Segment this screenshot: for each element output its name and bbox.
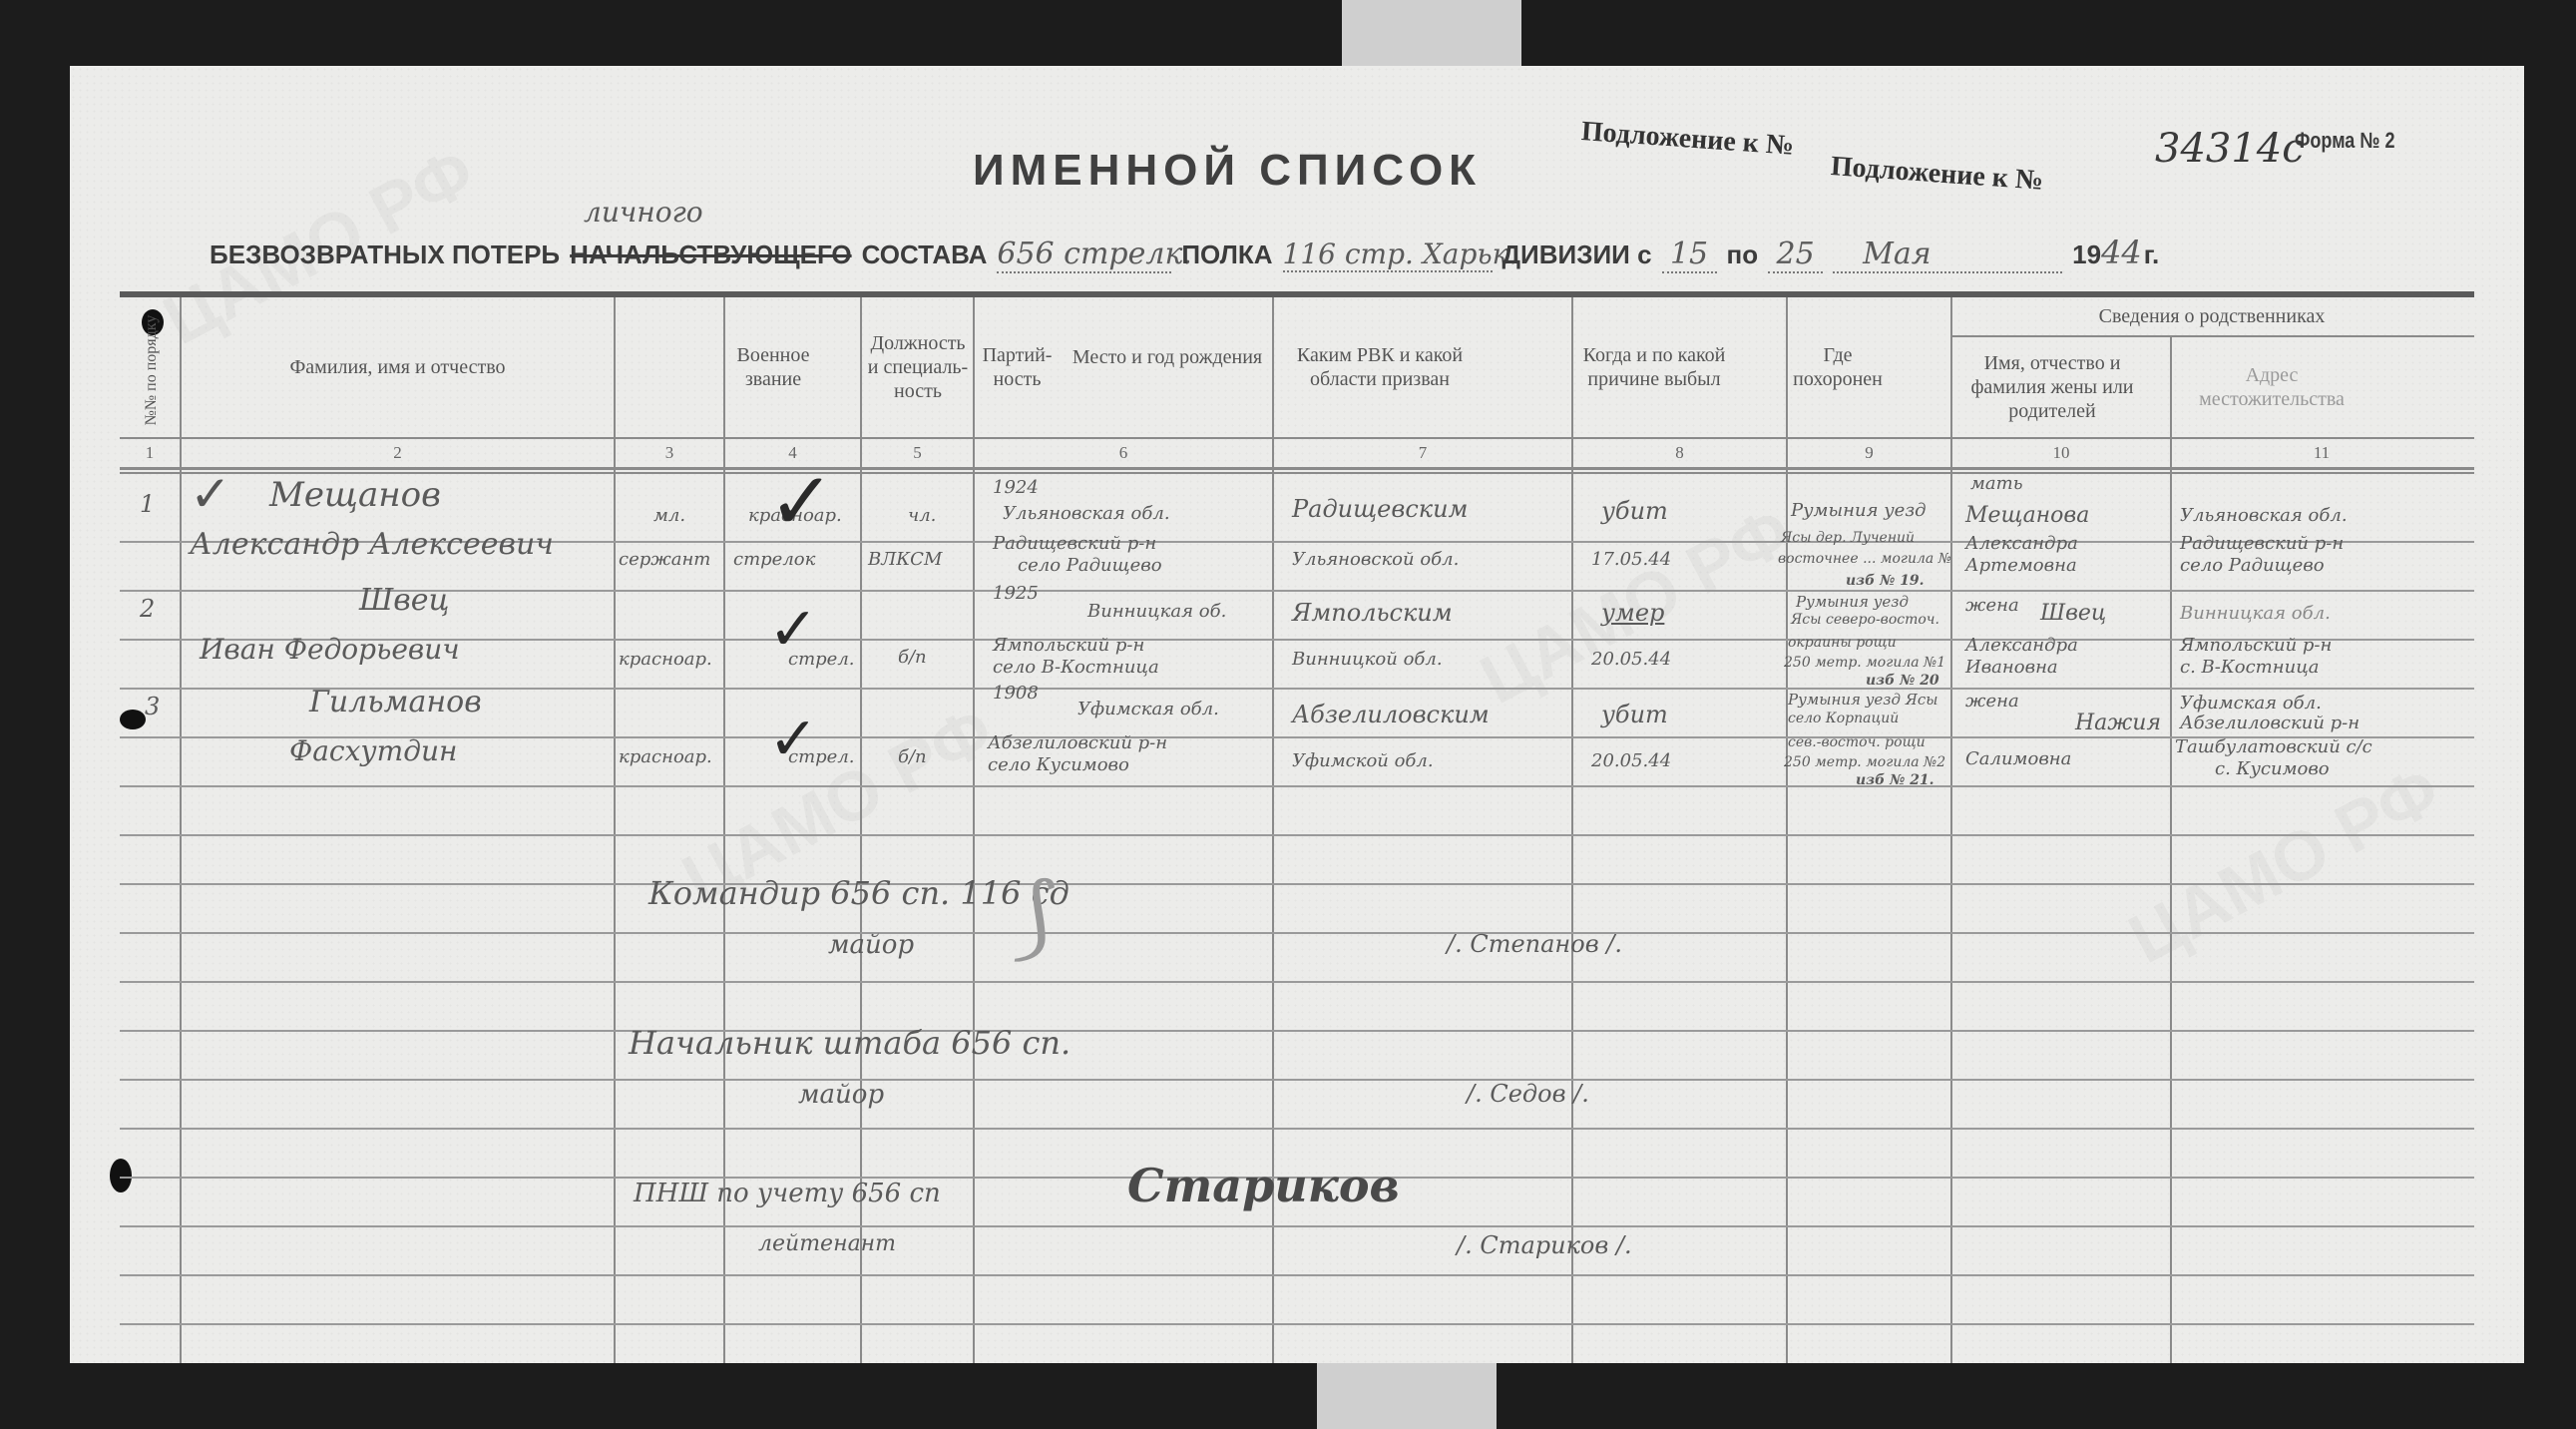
party: чл. <box>908 505 936 526</box>
date-to: 25 <box>1768 237 1823 273</box>
burial: изб № 21. <box>1856 772 1934 788</box>
col-number: 9 <box>1788 443 1950 463</box>
cause: умер <box>1601 599 1664 627</box>
birth-year: 1925 <box>993 583 1039 604</box>
row-rule <box>120 785 2474 787</box>
signer-name: /. Стариков /. <box>1457 1231 1632 1259</box>
signer-rank: лейтенант <box>758 1231 896 1256</box>
address: Ташбулатовский с/с <box>2175 736 2372 757</box>
row-rule <box>120 590 2474 592</box>
subtitle-prefix: БЕЗВОЗВРАТНЫХ ПОТЕРЬ <box>210 239 560 270</box>
month: Мая <box>1833 237 2062 273</box>
row-rule <box>120 736 2474 738</box>
relative: жена <box>1965 595 2019 616</box>
date-from: 15 <box>1662 237 1717 273</box>
header-col-10: Имя, отчество и фамилия жены или родител… <box>1952 337 2152 437</box>
subtitle-line: БЕЗВОЗВРАТНЫХ ПОТЕРЬ НАЧАЛЬСТВУЮЩЕГО СОС… <box>210 234 2159 273</box>
address: с. Кусимово <box>2215 758 2330 779</box>
address: с. В-Костница <box>2180 657 2320 678</box>
relative: Александра <box>1965 533 2078 554</box>
header-col-8: Когда и по какой причине выбыл <box>1574 297 1734 437</box>
signer-rank: майор <box>828 930 914 960</box>
col-number: 7 <box>1274 443 1571 463</box>
row-number: 1 <box>140 490 155 518</box>
row-rule <box>120 1323 2474 1325</box>
burial: Румыния уезд <box>1796 593 1909 611</box>
header-col-1: №№ по порядку <box>132 305 172 435</box>
row-rule <box>120 834 2474 836</box>
birth-year: 1908 <box>993 683 1039 704</box>
header-col-11: Адрес местожительства <box>2172 337 2371 437</box>
birth-place: Уфимская обл. <box>1077 699 1219 719</box>
burial: изб № 19. <box>1846 573 1925 589</box>
header-col-7: Каким РВК и какой области призван <box>1275 297 1485 437</box>
signer-name: /. Седов /. <box>1467 1080 1589 1108</box>
birth-place: Ямпольский р-н <box>993 635 1144 656</box>
birth-place: село Кусимово <box>988 754 1129 775</box>
rank: сержант <box>619 549 710 570</box>
row-number: 3 <box>145 693 160 720</box>
row-rule <box>120 1225 2474 1227</box>
relative: Нажия <box>2075 711 2161 735</box>
row-rule <box>120 1274 2474 1276</box>
row-rule <box>120 932 2474 934</box>
signer-title: ПНШ по учету 656 сп <box>634 1179 941 1208</box>
burial: 250 метр. могила №1 <box>1784 655 1945 671</box>
row-rule <box>120 1079 2474 1081</box>
header-col-4: Должность и специаль-ность <box>863 297 973 437</box>
burial: 250 метр. могила №2 <box>1784 754 1945 770</box>
row-rule <box>120 1030 2474 1032</box>
draft-office: Абзелиловским <box>1292 701 1490 728</box>
burial: Румыния уезд Ясы <box>1788 691 1937 709</box>
row-rule <box>120 639 2474 641</box>
header-col-6: Место и год рождения <box>1063 297 1272 417</box>
birth-place: Винницкая об. <box>1087 601 1226 622</box>
regiment-label: ПОЛКА <box>1181 239 1272 270</box>
relative: Ивановна <box>1965 657 2058 678</box>
col-number: 1 <box>120 443 180 463</box>
relative: Александра <box>1965 635 2078 656</box>
checkmark-icon: ✓ <box>190 465 231 523</box>
signer-name: /. Степанов /. <box>1447 930 1622 958</box>
birth-place: Абзелиловский р-н <box>988 732 1167 753</box>
birth-place: Радищевский р-н <box>993 533 1156 554</box>
row-rule <box>120 883 2474 885</box>
party: ВЛКСМ <box>868 549 942 570</box>
date-out: 20.05.44 <box>1591 649 1671 670</box>
stamp-attachment-2: Подложение к № <box>1830 151 2044 198</box>
checkmark-icon: ✓ <box>768 595 818 665</box>
po-label: по <box>1727 239 1759 270</box>
birth-place: село В-Костница <box>993 657 1159 678</box>
draft-office: Ульяновской обл. <box>1292 549 1459 570</box>
rank: красноар. <box>619 649 712 670</box>
scanner-strip-bottom <box>1317 1359 1497 1429</box>
relative: Салимовна <box>1965 748 2071 769</box>
date-out: 20.05.44 <box>1591 750 1671 771</box>
address: Уфимская обл. <box>2180 693 2322 714</box>
draft-office: Ямпольским <box>1292 599 1453 627</box>
surname: Мещанов <box>269 475 441 515</box>
cause: убит <box>1601 497 1668 525</box>
col-number: 3 <box>616 443 723 463</box>
draft-office: Уфимской обл. <box>1292 750 1434 771</box>
division-value: 116 стр. Харьк. <box>1283 238 1493 272</box>
address: Ульяновская обл. <box>2180 505 2348 526</box>
signer-title: Командир 656 сп. 116 сд <box>648 874 1070 912</box>
inserted-word: личного <box>584 196 703 229</box>
regiment-value: 656 стрелк. <box>997 237 1171 273</box>
relative: Мещанова <box>1965 503 2089 528</box>
header-bottom-rule <box>120 437 2474 439</box>
year-prefix: 19 <box>2072 239 2101 270</box>
year-end: г. <box>2144 239 2159 270</box>
col-number: 6 <box>975 443 1272 463</box>
sostav-label: СОСТАВА <box>862 239 988 270</box>
party: б/п <box>898 647 927 668</box>
header-col-3: Военное звание <box>728 297 818 437</box>
numbers-bottom-rule <box>120 467 2474 470</box>
col-number: 11 <box>2172 443 2471 463</box>
date-out: 17.05.44 <box>1591 549 1671 570</box>
position: стрелок <box>733 549 815 570</box>
birth-place: Ульяновская обл. <box>1003 503 1170 524</box>
signer-title: Начальник штаба 656 сп. <box>629 1024 1071 1062</box>
given-names: Фасхутдин <box>289 734 457 767</box>
struck-word: НАЧАЛЬСТВУЮЩЕГО <box>570 239 851 270</box>
row-rule <box>120 1128 2474 1130</box>
relative: жена <box>1965 691 2019 712</box>
address: Радищевский р-н <box>2180 533 2344 554</box>
document-page: ЦАМО РФ ЦАМО РФ ЦАМО РФ ЦАМО РФ ИМЕННОЙ … <box>70 66 2524 1363</box>
burial: окраины рощи <box>1788 635 1897 651</box>
numbers-bottom-rule-2 <box>120 472 2474 474</box>
year-suffix: 44 <box>2101 234 2142 271</box>
rank: красноар. <box>619 746 712 767</box>
header-col-2: Фамилия, имя и отчество <box>182 297 614 437</box>
surname: Гильманов <box>309 685 482 719</box>
header-col-5: Партий-ность <box>975 297 1060 437</box>
form-number: Форма № 2 <box>2295 128 2395 154</box>
relative: мать <box>1970 473 2023 494</box>
burial: Румыния уезд <box>1791 500 1927 521</box>
burial: село Корпаций <box>1788 711 1899 726</box>
checkmark-icon: ✓ <box>768 455 835 548</box>
address: Ямпольский р-н <box>2180 635 2332 656</box>
address: Абзелиловский р-н <box>2180 713 2360 733</box>
given-names: Александр Алексеевич <box>190 527 554 562</box>
given-names: Иван Федорьевич <box>200 633 460 666</box>
col-divider <box>2170 337 2172 1363</box>
header-col-9: Где похоронен <box>1788 297 1888 437</box>
signer-rank: майор <box>798 1080 884 1110</box>
col-number: 10 <box>1952 443 2170 463</box>
relative: Швец <box>2040 601 2106 626</box>
address: село Радищево <box>2180 555 2325 576</box>
col-number: 2 <box>182 443 614 463</box>
watermark: ЦАМО РФ <box>2116 749 2452 979</box>
relative: Артемовна <box>1965 555 2077 576</box>
stamp-attachment-1: Подложение к № <box>1580 116 1795 163</box>
party: б/п <box>898 746 927 767</box>
punch-hole <box>120 710 146 729</box>
address: Винницкая обл. <box>2180 603 2331 624</box>
cause: убит <box>1601 701 1668 728</box>
document-title: ИМЕННОЙ СПИСОК <box>973 146 1482 196</box>
burial: изб № 20 <box>1866 673 1939 689</box>
checkmark-icon: ✓ <box>768 705 818 774</box>
burial: Ясы северо-восточ. <box>1791 612 1939 628</box>
surname: Швец <box>359 583 449 618</box>
burial: Ясы дер. Лучений <box>1781 530 1915 546</box>
division-label: ДИВИЗИИ с <box>1503 239 1652 270</box>
header-relatives-group: Сведения о родственниках <box>1952 297 2471 335</box>
row-number: 2 <box>140 595 155 623</box>
birth-place: село Радищево <box>1018 555 1162 576</box>
row-rule <box>120 981 2474 983</box>
punch-hole <box>110 1159 132 1192</box>
burial: сев.-восточ. рощи <box>1788 734 1926 750</box>
scanner-strip-top <box>1342 0 1521 70</box>
burial: восточнее ... могила № <box>1778 551 1951 567</box>
birth-year: 1924 <box>993 477 1039 498</box>
stamp-number: 34314с <box>2155 126 2305 172</box>
col-number: 8 <box>1573 443 1786 463</box>
draft-office: Винницкой обл. <box>1292 649 1443 670</box>
col-number: 5 <box>862 443 973 463</box>
rank: мл. <box>653 505 685 526</box>
draft-office: Радищевским <box>1292 495 1468 523</box>
autograph: Стариков <box>1127 1159 1400 1212</box>
signature-scribble: ⟆ <box>1018 864 1053 969</box>
